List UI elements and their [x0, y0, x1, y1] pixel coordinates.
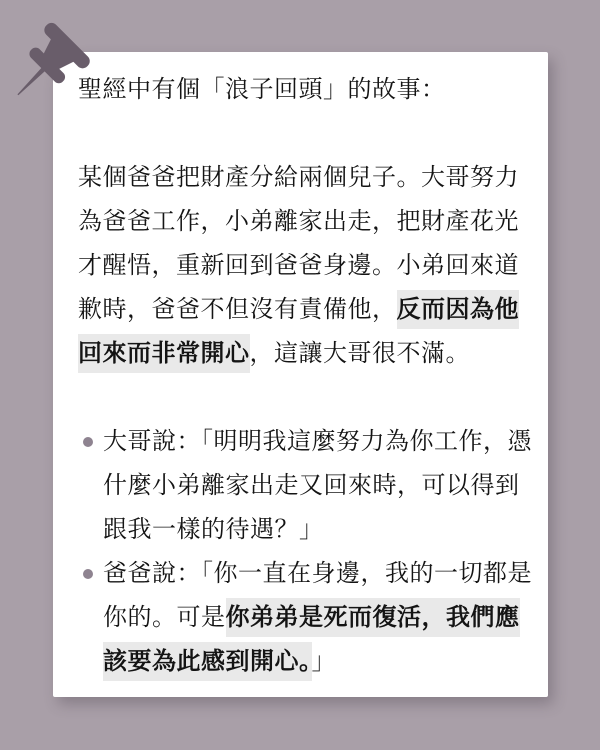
list-item-text: 大哥說：「明明我這麼努力為你工作，憑什麼小弟離家出走又回來時，可以得到跟我一樣的… — [103, 428, 532, 543]
story-paragraph: 某個爸爸把財產分給兩個兒子。大哥努力為爸爸工作，小弟離家出走，把財產花光才醒悟，… — [78, 156, 537, 376]
list-item-elder-brother: 大哥說：「明明我這麼努力為你工作，憑什麼小弟離家出走又回來時，可以得到跟我一樣的… — [78, 420, 537, 552]
pushpin-icon — [16, 22, 128, 134]
story-title: 聖經中有個「浪子回頭」的故事： — [78, 68, 537, 112]
list-item-father: 爸爸說：「你一直在身邊，我的一切都是你的。可是你弟弟是死而復活，我們應該要為此感… — [78, 552, 537, 684]
quote-list: 大哥說：「明明我這麼努力為你工作，憑什麼小弟離家出走又回來時，可以得到跟我一樣的… — [78, 420, 537, 684]
note-card: 聖經中有個「浪子回頭」的故事： 某個爸爸把財產分給兩個兒子。大哥努力為爸爸工作，… — [53, 52, 548, 697]
page-background: 聖經中有個「浪子回頭」的故事： 某個爸爸把財產分給兩個兒子。大哥努力為爸爸工作，… — [0, 0, 600, 750]
plain-text: 大哥說：「明明我這麼努力為你工作，憑什麼小弟離家出走又回來時，可以得到跟我一樣的… — [103, 428, 532, 543]
plain-text: ，這讓大哥很不滿。 — [250, 340, 471, 367]
bullet-dot-icon — [83, 437, 93, 447]
list-item-text: 爸爸說：「你一直在身邊，我的一切都是你的。可是你弟弟是死而復活，我們應該要為此感… — [103, 560, 532, 681]
plain-text: 」 — [312, 648, 337, 675]
bullet-dot-icon — [83, 569, 93, 579]
